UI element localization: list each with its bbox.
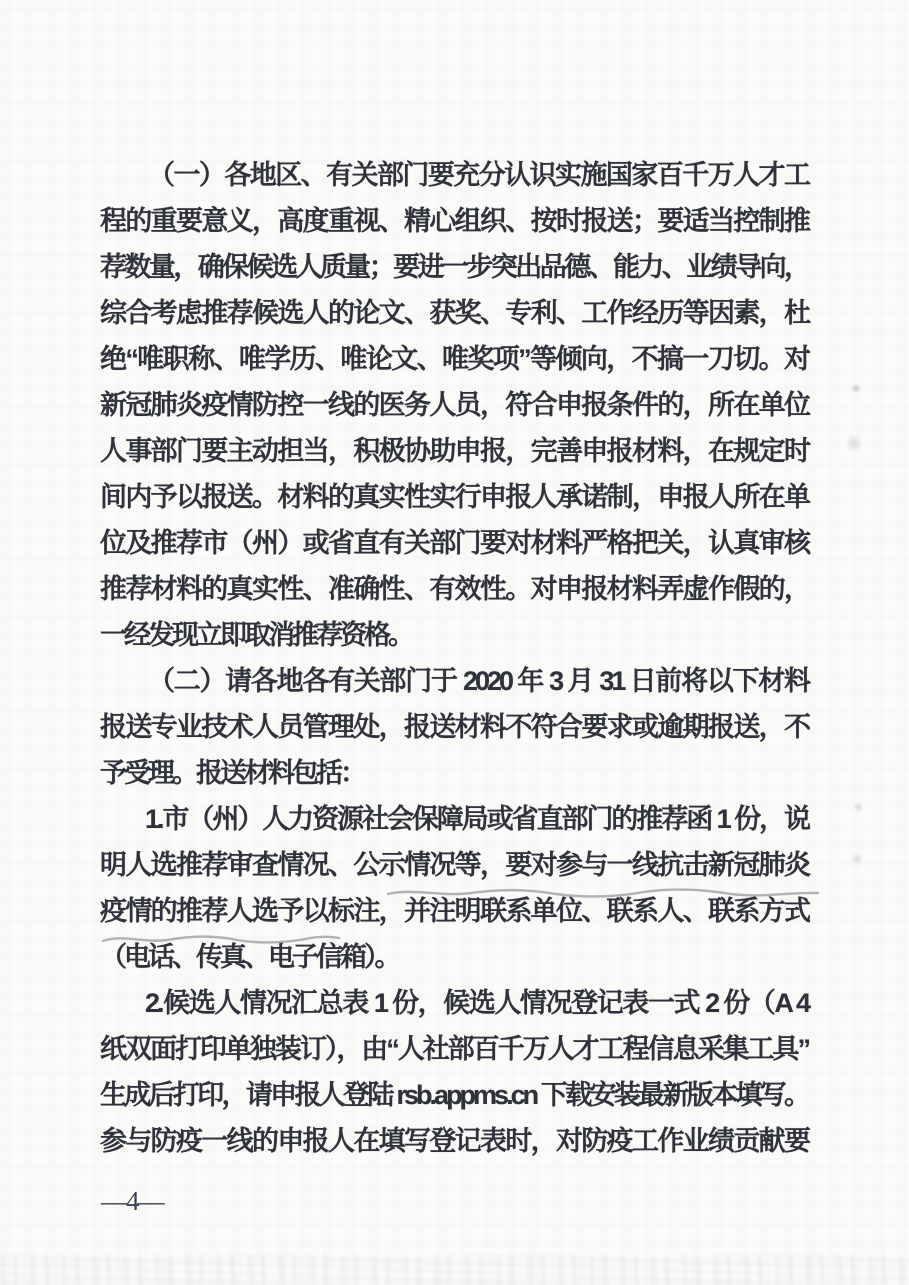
scan-speck — [847, 432, 861, 454]
text-line-10: 推荐材料的真实性、准确性、有效性。对申报材料弄虚作假的， — [100, 566, 808, 612]
text-line-17: 疫情的推荐人选予以标注，并注明联系单位、联系人、联系方式 — [100, 888, 808, 934]
text-line-11: 一经发现立即取消推荐资格。 — [100, 612, 808, 658]
text-line-7: 人事部门要主动担当，积极协助申报，完善申报材料，在规定时 — [100, 428, 808, 474]
paragraph-3: 1.市（州）人力资源社会保障局或省直部门的推荐函 1 份，说 明人选推荐审查情况… — [100, 796, 808, 980]
text-line-16: 明人选推荐审查情况、公示情况等，要对参与一线抗击新冠肺炎 — [100, 842, 808, 888]
paragraph-1: （一）各地区、有关部门要充分认识实施国家百千万人才工 程的重要意义，高度重视、精… — [100, 152, 808, 658]
text-line-1: （一）各地区、有关部门要充分认识实施国家百千万人才工 — [100, 152, 808, 198]
text-line-21: 生成后打印，请申报人登陆 rsb.appms.cn 下载安装最新版本填写。 — [100, 1072, 808, 1118]
scan-speck — [850, 384, 862, 393]
text-line-8: 间内予以报送。材料的真实性实行申报人承诺制，申报人所在单 — [100, 474, 808, 520]
scan-speck — [851, 852, 863, 866]
text-line-4: 综合考虑推荐候选人的论文、获奖、专利、工作经历等因素，杜 — [100, 290, 808, 336]
paragraph-4: 2.候选人情况汇总表 1 份，候选人情况登记表一式 2 份（A 4 纸双面打印单… — [100, 980, 808, 1164]
page-number: —4— — [101, 1186, 163, 1217]
text-line-2: 程的重要意义，高度重视、精心组织、按时报送；要适当控制推 — [100, 198, 808, 244]
text-line-20: 纸双面打印单独装订），由“人社部百千万人才工程信息采集工具” — [100, 1026, 808, 1072]
text-line-12: （二）请各地各有关部门于 2020 年 3 月 31 日前将以下材料 — [100, 658, 808, 704]
text-line-22: 参与防疫一线的申报人在填写登记表时，对防疫工作业绩贡献要 — [100, 1118, 808, 1164]
text-line-6: 新冠肺炎疫情防控一线的医务人员，符合申报条件的，所在单位 — [100, 382, 808, 428]
text-line-13: 报送专业技术人员管理处，报送材料不符合要求或逾期报送，不 — [100, 704, 808, 750]
text-line-9: 位及推荐市（州）或省直有关部门要对材料严格把关，认真审核 — [100, 520, 808, 566]
text-line-5: 绝“唯职称、唯学历、唯论文、唯奖项”等倾向，不搞一刀切。对 — [100, 336, 808, 382]
scan-speck — [853, 802, 864, 812]
text-line-18: （电话、传真、电子信箱）。 — [100, 934, 808, 980]
scanned-document-page: （一）各地区、有关部门要充分认识实施国家百千万人才工 程的重要意义，高度重视、精… — [0, 0, 909, 1285]
document-body: （一）各地区、有关部门要充分认识实施国家百千万人才工 程的重要意义，高度重视、精… — [100, 152, 808, 1164]
paragraph-2: （二）请各地各有关部门于 2020 年 3 月 31 日前将以下材料 报送专业技… — [100, 658, 808, 796]
scan-edge-noise — [0, 1255, 909, 1285]
text-line-3: 荐数量，确保候选人质量；要进一步突出品德、能力、业绩导向， — [100, 244, 808, 290]
text-line-14: 予受理。报送材料包括： — [100, 750, 808, 796]
text-line-19: 2.候选人情况汇总表 1 份，候选人情况登记表一式 2 份（A 4 — [100, 980, 808, 1026]
text-line-15: 1.市（州）人力资源社会保障局或省直部门的推荐函 1 份，说 — [100, 796, 808, 842]
